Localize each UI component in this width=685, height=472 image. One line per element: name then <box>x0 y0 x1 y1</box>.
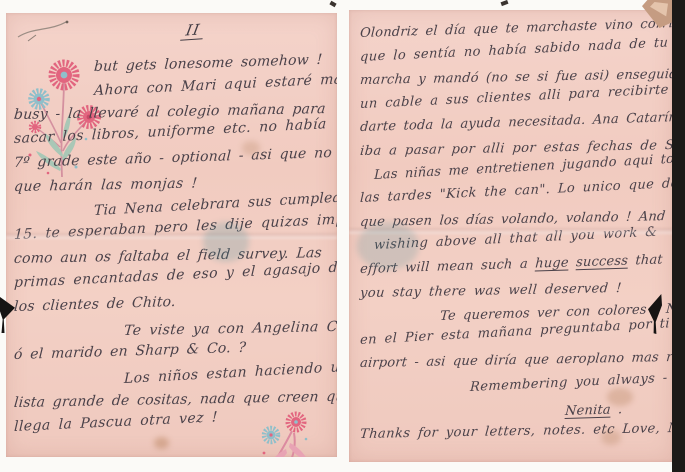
ink-smudge <box>203 222 249 262</box>
letter-page-right: Olondriz el día que te marchaste vino co… <box>349 10 673 462</box>
letter-line: ó el marido en Sharp & Co. ? <box>14 337 336 363</box>
paper-stain <box>154 437 169 449</box>
letter-line: Thanks for your letters, notes. etc Love… <box>359 421 671 443</box>
flower-sprig-icon <box>256 409 318 457</box>
letter-line: darte toda la ayuda necesitada. Ana Cata… <box>360 111 672 137</box>
letter-line: you stay there was well deserved ! <box>359 280 671 302</box>
letter-line: los clientes de Chito. <box>14 289 336 315</box>
letter-scan: II but gets lonesome somehow !Ahora con … <box>0 0 685 472</box>
letter-line: Te viste ya con Angelina Camahort <box>123 319 335 339</box>
letter-line: 7º grade este año - optional - asi que n… <box>14 145 336 171</box>
paper-speck <box>501 0 509 6</box>
paper-stain <box>242 141 260 155</box>
film-edge-strip <box>672 0 685 472</box>
fold-crease <box>6 233 337 239</box>
letter-line: Ahora con Mari aqui estaré mas <box>94 72 335 99</box>
letter-line: but gets lonesome somehow ! <box>94 51 336 75</box>
paper-speck <box>329 1 336 7</box>
paper-stain <box>601 430 621 445</box>
letter-line: Remembering you always - <box>470 370 671 396</box>
letter-line: airport - asi que diría que aeroplano ma… <box>359 350 671 372</box>
left-page-text: but gets lonesome somehow !Ahora con Mar… <box>14 59 335 443</box>
letter-page-left: II but gets lonesome somehow !Ahora con … <box>6 13 337 457</box>
paper-stain <box>607 388 633 406</box>
letter-line: Los niños estan haciendo una <box>124 360 335 387</box>
ink-smudge <box>357 222 419 270</box>
page-number: II <box>180 20 206 40</box>
